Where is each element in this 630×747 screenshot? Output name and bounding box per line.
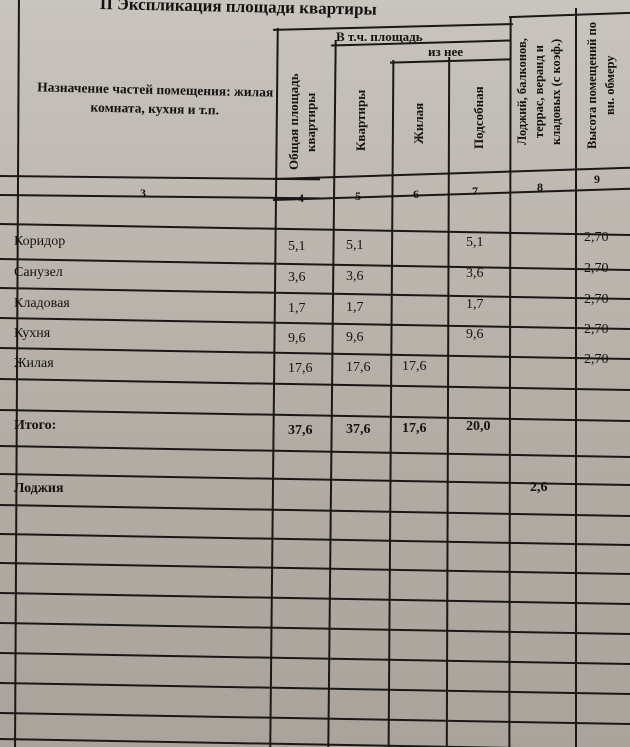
grid-line	[0, 738, 630, 747]
cell-apartment: 9,6	[346, 330, 364, 346]
cell-height: 2,70	[584, 292, 609, 308]
grid-line	[0, 287, 630, 300]
grid-line	[0, 533, 630, 546]
grid-line	[0, 682, 630, 695]
cell-auxiliary: 3,6	[466, 266, 484, 282]
cell-total: 5,1	[288, 239, 306, 255]
grid-line	[0, 223, 630, 236]
column-number-6: 6	[413, 187, 419, 202]
row-label: Итого:	[14, 418, 56, 434]
grid-line	[0, 258, 630, 271]
header-including-area: В т.ч. площадь	[336, 29, 423, 45]
header-height: Высота помещений повн. обмеру	[583, 8, 619, 163]
grid-line	[0, 562, 630, 575]
cell-loggia: 2,6	[530, 480, 548, 496]
cell-apartment: 17,6	[346, 360, 371, 376]
document-page: II Экспликация площади квартиры Назначен…	[0, 0, 630, 747]
cell-total: 3,6	[288, 270, 306, 286]
header-auxiliary: Подсобная	[470, 78, 487, 158]
cell-apartment: 5,1	[346, 238, 364, 254]
cell-total: 1,7	[288, 301, 306, 317]
cell-apartment: 1,7	[346, 300, 364, 316]
grid-line	[0, 317, 630, 330]
header-purpose: Назначение частей помещения: жилая комна…	[30, 77, 281, 121]
row-label: Жилая	[14, 356, 54, 372]
header-loggias: Лоджий, балконов,террас, веранд икладовы…	[514, 22, 565, 162]
grid-line	[14, 0, 20, 747]
cell-apartment: 37,6	[346, 422, 371, 438]
header-of-which: из нее	[428, 44, 463, 60]
column-number-5: 5	[355, 189, 361, 204]
cell-total: 17,6	[288, 361, 313, 377]
grid-line	[0, 504, 630, 517]
grid-line	[0, 347, 630, 360]
column-number-4: 4	[298, 191, 304, 206]
grid-line	[508, 18, 511, 747]
cell-total: 9,6	[288, 331, 306, 347]
cell-total: 37,6	[288, 423, 313, 439]
row-label: Кухня	[14, 326, 50, 342]
document-title: II Экспликация площади квартиры	[100, 0, 377, 20]
cell-auxiliary: 1,7	[466, 297, 484, 313]
cell-height: 2,70	[584, 261, 609, 277]
cell-height: 2,70	[584, 352, 609, 368]
cell-living: 17,6	[402, 359, 427, 375]
cell-auxiliary: 9,6	[466, 327, 484, 343]
cell-apartment: 3,6	[346, 269, 364, 285]
cell-living: 17,6	[402, 421, 427, 437]
grid-line	[0, 712, 630, 725]
column-number-9: 9	[594, 172, 600, 187]
cell-height: 2,70	[584, 230, 609, 246]
header-apartment: Квартиры	[352, 80, 369, 160]
column-number-7: 7	[472, 184, 478, 199]
header-living: Жилая	[410, 96, 427, 151]
grid-line	[575, 8, 577, 747]
cell-auxiliary: 20,0	[466, 419, 491, 435]
grid-line	[0, 592, 630, 605]
grid-line	[0, 652, 630, 665]
cell-auxiliary: 5,1	[466, 235, 484, 251]
grid-line	[0, 445, 630, 458]
grid-line	[388, 60, 395, 747]
row-label: Санузел	[14, 265, 63, 281]
grid-line	[0, 622, 630, 635]
grid-line	[0, 378, 630, 391]
grid-line	[327, 40, 336, 747]
row-label: Кладовая	[14, 296, 70, 312]
header-total-area: Общая площадьквартиры	[285, 72, 319, 172]
grid-line	[446, 57, 450, 747]
column-number-8: 8	[537, 180, 543, 195]
cell-height: 2,70	[584, 322, 609, 338]
grid-line	[0, 409, 630, 422]
grid-line	[269, 28, 279, 747]
row-label: Коридор	[14, 234, 65, 250]
row-label: Лоджия	[14, 481, 64, 497]
column-number-3: 3	[140, 186, 146, 201]
